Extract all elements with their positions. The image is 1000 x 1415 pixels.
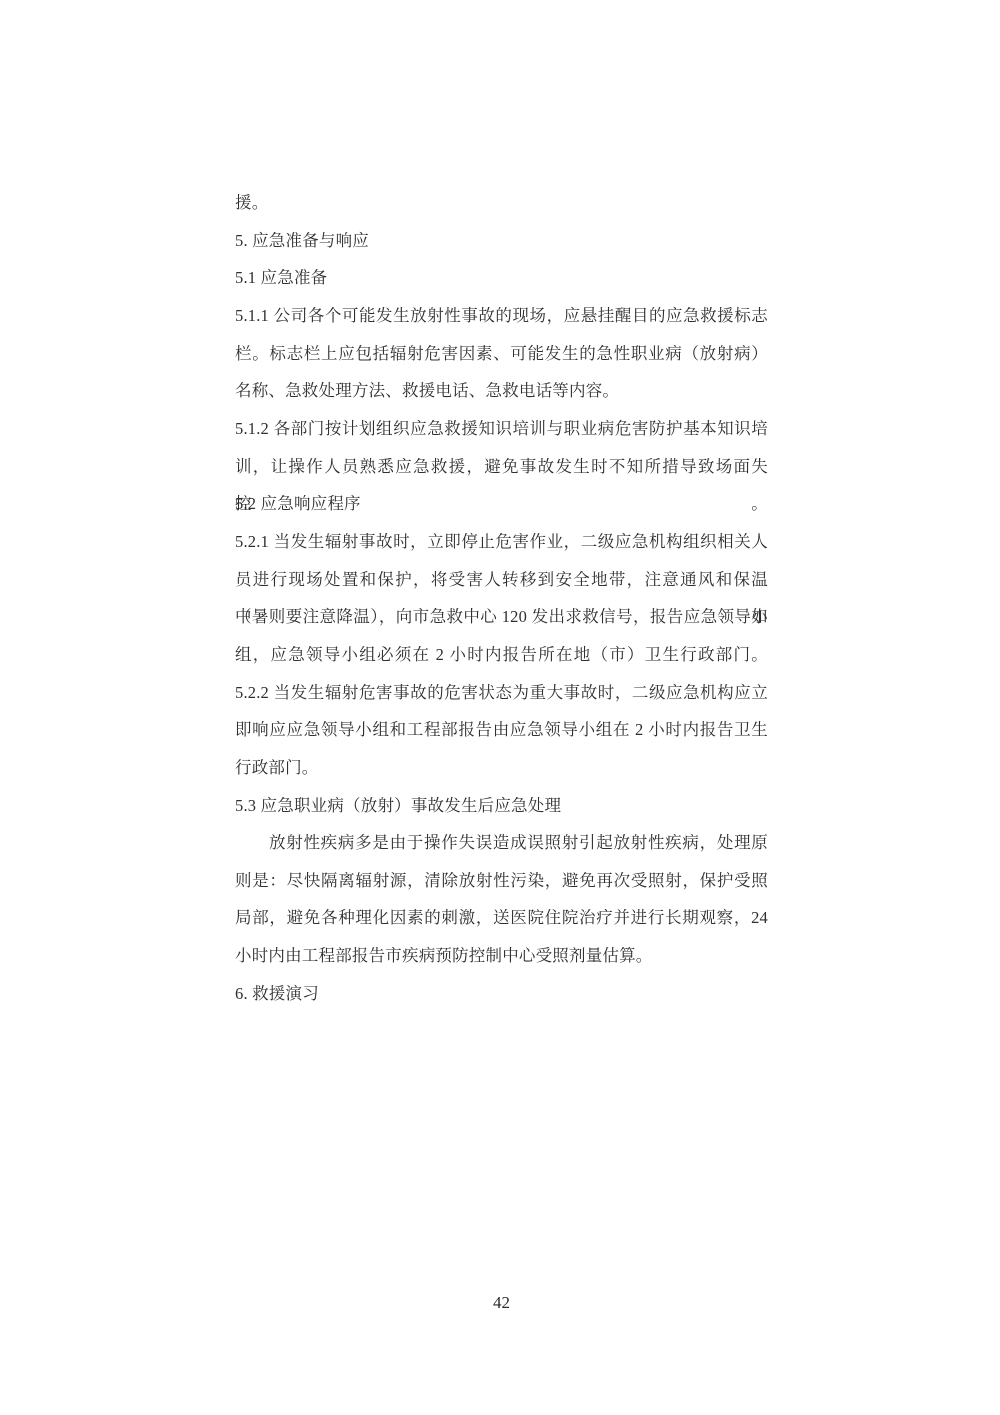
para-5-1-1-line: 栏。标志栏上应包括辐射危害因素、可能发生的急性职业病（放射病） bbox=[235, 335, 768, 373]
para-5-2-1-line: 中暑则要注意降温），向市急救中心 120 发出求救信号，报告应急领导小 bbox=[235, 598, 768, 636]
heading-5: 5. 应急准备与响应 bbox=[235, 222, 768, 260]
page-number: 42 bbox=[235, 1288, 768, 1318]
heading-6: 6. 救援演习 bbox=[235, 975, 768, 1013]
para-5-2-2-line: 行政部门。 bbox=[235, 749, 768, 787]
heading-5-1: 5.1 应急准备 bbox=[235, 259, 768, 297]
para-5-2-1-line: 组，应急领导小组必须在 2 小时内报告所在地（市）卫生行政部门。 bbox=[235, 636, 768, 674]
para-5-1-1-line: 名称、急救处理方法、救援电话、急救电话等内容。 bbox=[235, 372, 768, 410]
para-5-2-2-line: 即响应应急领导小组和工程部报告由应急领导小组在 2 小时内报告卫生 bbox=[235, 711, 768, 749]
para-continuation-line: 援。 bbox=[235, 184, 768, 222]
para-5-2-1-line: 5.2.1 当发生辐射事故时，立即停止危害作业，二级应急机构组织相关人 bbox=[235, 523, 768, 561]
para-5-3-body-line: 局部，避免各种理化因素的刺激，送医院住院治疗并进行长期观察，24 bbox=[235, 899, 768, 937]
para-5-2-2-line: 5.2.2 当发生辐射危害事故的危害状态为重大事故时，二级应急机构应立 bbox=[235, 674, 768, 712]
para-5-3-body-line: 小时内由工程部报告市疾病预防控制中心受照剂量估算。 bbox=[235, 937, 768, 975]
para-5-1-1-line: 5.1.1 公司各个可能发生放射性事故的现场，应悬挂醒目的应急救援标志 bbox=[235, 297, 768, 335]
para-5-3-body-line: 则是：尽快隔离辐射源，清除放射性污染，避免再次受照射，保护受照 bbox=[235, 862, 768, 900]
document-page: 援。 5. 应急准备与响应 5.1 应急准备 5.1.1 公司各个可能发生放射性… bbox=[0, 0, 1000, 1415]
para-5-1-2-line: 训，让操作人员熟悉应急救援，避免事故发生时不知所措导致场面失控。 bbox=[235, 448, 768, 486]
para-5-1-2-line: 5.1.2 各部门按计划组织应急救援知识培训与职业病危害防护基本知识培 bbox=[235, 410, 768, 448]
document-body: 援。 5. 应急准备与响应 5.1 应急准备 5.1.1 公司各个可能发生放射性… bbox=[235, 184, 768, 1012]
heading-5-3: 5.3 应急职业病（放射）事故发生后应急处理 bbox=[235, 787, 768, 825]
para-5-2-1-line: 员进行现场处置和保护，将受害人转移到安全地带，注意通风和保温（如 bbox=[235, 561, 768, 599]
para-5-3-body-line: 放射性疾病多是由于操作失误造成误照射引起放射性疾病，处理原 bbox=[235, 824, 768, 862]
